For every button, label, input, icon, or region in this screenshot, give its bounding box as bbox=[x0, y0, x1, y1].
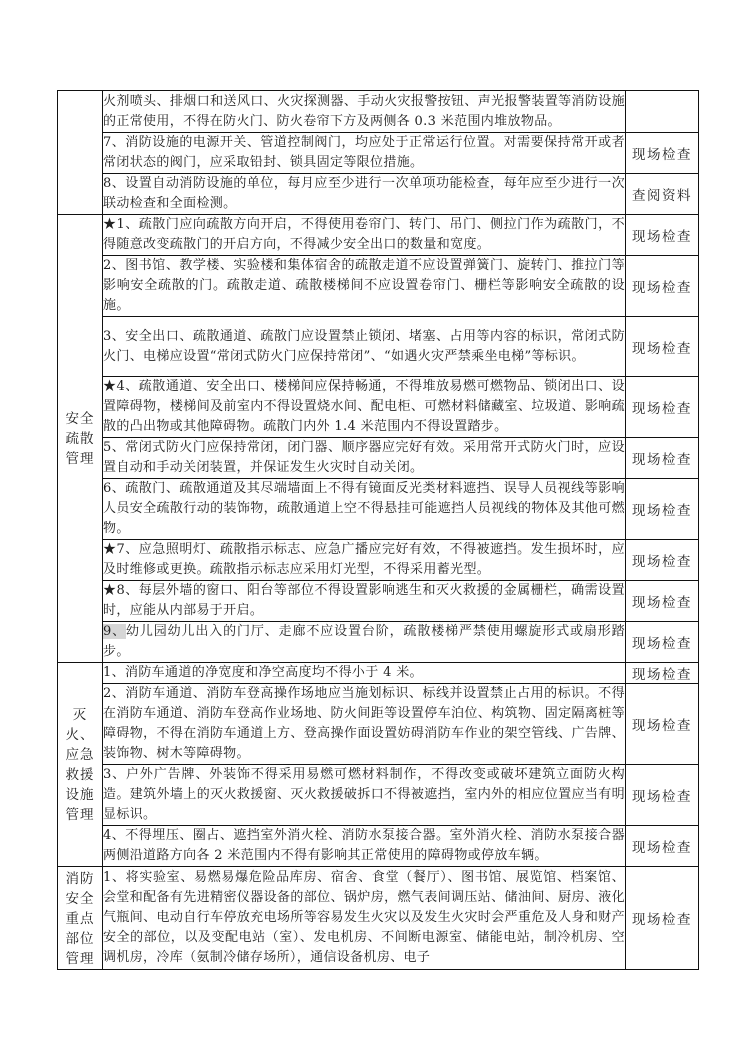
table-row: 3、户外广告牌、外装饰不得采用易燃可燃材料制作，不得改变或破坏建筑立面防火构造。… bbox=[58, 765, 699, 826]
category-fire-rescue-facilities: 灭 火、 应急 救援 设施 管理 bbox=[58, 663, 103, 867]
category-line: 救援 bbox=[58, 765, 102, 785]
item-text: 8、设置自动消防设施的单位，每月应至少进行一次单项功能检查，每年应至少进行一次联… bbox=[103, 174, 626, 215]
table-row: 7、消防设施的电源开关、管道控制阀门，均应处于正常运行位置。对需要保持常开或者常… bbox=[58, 133, 699, 174]
table-row: 火剂喷头、排烟口和送风口、火灾探测器、手动火灾报警按钮、声光报警装置等消防设施的… bbox=[58, 91, 699, 133]
table-row: 3、安全出口、疏散通道、疏散门应设置禁止锁闭、堵塞、占用等内容的标识，常闭式防火… bbox=[58, 317, 699, 377]
table-row: 2、消防车通道、消防车登高操作场地应当施划标识、标线并设置禁止占用的标识。不得在… bbox=[58, 684, 699, 765]
table-row: 5、常闭式防火门应保持常闭，闭门器、顺序器应完好有效。采用常开式防火门时，应设置… bbox=[58, 438, 699, 479]
table-row: 8、设置自动消防设施的单位，每月应至少进行一次单项功能检查，每年应至少进行一次联… bbox=[58, 174, 699, 215]
category-line: 部位 bbox=[58, 929, 102, 949]
inspection-method: 现场检查 bbox=[626, 622, 699, 663]
inspection-method: 现场检查 bbox=[626, 317, 699, 377]
inspection-method: 现场检查 bbox=[626, 684, 699, 765]
item-text: ★8、每层外墙的窗口、阳台等部位不得设置影响逃生和灭火救援的金属栅栏，确需设置时… bbox=[103, 581, 626, 622]
table-row: 9、幼儿园幼儿出入的门厅、走廊不应设置台阶，疏散楼梯严禁使用螺旋形式或扇形踏步。… bbox=[58, 622, 699, 663]
category-line: 设施 bbox=[58, 785, 102, 805]
item-text: 7、消防设施的电源开关、管道控制阀门，均应处于正常运行位置。对需要保持常开或者常… bbox=[103, 133, 626, 174]
category-line: 安全 bbox=[58, 889, 102, 909]
item-text: 5、常闭式防火门应保持常闭，闭门器、顺序器应完好有效。采用常开式防火门时，应设置… bbox=[103, 438, 626, 479]
item-text: ★4、疏散通道、安全出口、楼梯间应保持畅通，不得堆放易燃可燃物品、锁闭出口、设置… bbox=[103, 377, 626, 438]
item-text: 3、安全出口、疏散通道、疏散门应设置禁止锁闭、堵塞、占用等内容的标识，常闭式防火… bbox=[103, 317, 626, 377]
category-cell-empty bbox=[58, 91, 103, 215]
item-text: ★1、疏散门应向疏散方向开启，不得使用卷帘门、转门、吊门、侧拉门作为疏散门，不得… bbox=[103, 215, 626, 256]
inspection-method: 查阅资料 bbox=[626, 174, 699, 215]
inspection-method: 现场检查 bbox=[626, 256, 699, 317]
item-text: 1、消防车通道的净宽度和净空高度均不得小于 4 米。 bbox=[103, 663, 626, 684]
category-key-fire-areas: 消防 安全 重点 部位 管理 bbox=[58, 867, 103, 970]
category-line: 管理 bbox=[58, 805, 102, 825]
inspection-method: 现场检查 bbox=[626, 215, 699, 256]
item-text: 3、户外广告牌、外装饰不得采用易燃可燃材料制作，不得改变或破坏建筑立面防火构造。… bbox=[103, 765, 626, 826]
item-text: 2、消防车通道、消防车登高操作场地应当施划标识、标线并设置禁止占用的标识。不得在… bbox=[103, 684, 626, 765]
table-row: ★4、疏散通道、安全出口、楼梯间应保持畅通，不得堆放易燃可燃物品、锁闭出口、设置… bbox=[58, 377, 699, 438]
category-line: 重点 bbox=[58, 909, 102, 929]
inspection-method: 现场检查 bbox=[626, 133, 699, 174]
inspection-method: 现场检查 bbox=[626, 581, 699, 622]
category-line: 管理 bbox=[58, 449, 102, 469]
category-line: 灭 bbox=[58, 705, 102, 725]
item-text: 6、疏散门、疏散通道及其尽端墙面上不得有镜面反光类材料遮挡、误导人员视线等影响人… bbox=[103, 479, 626, 540]
inspection-method: 现场检查 bbox=[626, 867, 699, 970]
category-line: 疏散 bbox=[58, 429, 102, 449]
inspection-method: 现场检查 bbox=[626, 479, 699, 540]
table-row: ★8、每层外墙的窗口、阳台等部位不得设置影响逃生和灭火救援的金属栅栏，确需设置时… bbox=[58, 581, 699, 622]
category-line: 火、 bbox=[58, 725, 102, 745]
category-line: 应急 bbox=[58, 745, 102, 765]
inspection-method bbox=[626, 91, 699, 133]
inspection-method: 现场检查 bbox=[626, 377, 699, 438]
category-line: 管理 bbox=[58, 949, 102, 969]
item-text: 1、将实验室、易燃易爆危险品库房、宿舍、食堂（餐厅）、图书馆、展览馆、档案馆、会… bbox=[103, 867, 626, 970]
table-row: 6、疏散门、疏散通道及其尽端墙面上不得有镜面反光类材料遮挡、误导人员视线等影响人… bbox=[58, 479, 699, 540]
category-line: 消防 bbox=[58, 869, 102, 889]
item-text: 4、不得埋压、圈占、遮挡室外消火栓、消防水泵接合器。室外消火栓、消防水泵接合器两… bbox=[103, 826, 626, 867]
table-row: ★7、应急照明灯、疏散指示标志、应急广播应完好有效，不得被遮挡。发生损坏时，应及… bbox=[58, 540, 699, 581]
item-text: 9、幼儿园幼儿出入的门厅、走廊不应设置台阶，疏散楼梯严禁使用螺旋形式或扇形踏步。 bbox=[103, 622, 626, 663]
table-row: 安全 疏散 管理 ★1、疏散门应向疏散方向开启，不得使用卷帘门、转门、吊门、侧拉… bbox=[58, 215, 699, 256]
item-text-body: 幼儿园幼儿出入的门厅、走廊不应设置台阶，疏散楼梯严禁使用螺旋形式或扇形踏步。 bbox=[103, 624, 625, 659]
item-text: ★7、应急照明灯、疏散指示标志、应急广播应完好有效，不得被遮挡。发生损坏时，应及… bbox=[103, 540, 626, 581]
inspection-method: 现场检查 bbox=[626, 765, 699, 826]
item-text: 2、图书馆、教学楼、实验楼和集体宿舍的疏散走道不应设置弹簧门、旋转门、推拉门等影… bbox=[103, 256, 626, 317]
inspection-method: 现场检查 bbox=[626, 438, 699, 479]
fire-safety-inspection-table: 火剂喷头、排烟口和送风口、火灾探测器、手动火灾报警按钮、声光报警装置等消防设施的… bbox=[57, 90, 699, 970]
item-text: 火剂喷头、排烟口和送风口、火灾探测器、手动火灾报警按钮、声光报警装置等消防设施的… bbox=[103, 91, 626, 133]
table-row: 消防 安全 重点 部位 管理 1、将实验室、易燃易爆危险品库房、宿舍、食堂（餐厅… bbox=[58, 867, 699, 970]
table-row: 4、不得埋压、圈占、遮挡室外消火栓、消防水泵接合器。室外消火栓、消防水泵接合器两… bbox=[58, 826, 699, 867]
category-line: 安全 bbox=[58, 409, 102, 429]
category-safe-evacuation: 安全 疏散 管理 bbox=[58, 215, 103, 663]
table-row: 灭 火、 应急 救援 设施 管理 1、消防车通道的净宽度和净空高度均不得小于 4… bbox=[58, 663, 699, 684]
table-row: 2、图书馆、教学楼、实验楼和集体宿舍的疏散走道不应设置弹簧门、旋转门、推拉门等影… bbox=[58, 256, 699, 317]
inspection-method: 现场检查 bbox=[626, 663, 699, 684]
inspection-method: 现场检查 bbox=[626, 540, 699, 581]
inspection-method: 现场检查 bbox=[626, 826, 699, 867]
highlighted-number: 9、 bbox=[103, 624, 126, 639]
